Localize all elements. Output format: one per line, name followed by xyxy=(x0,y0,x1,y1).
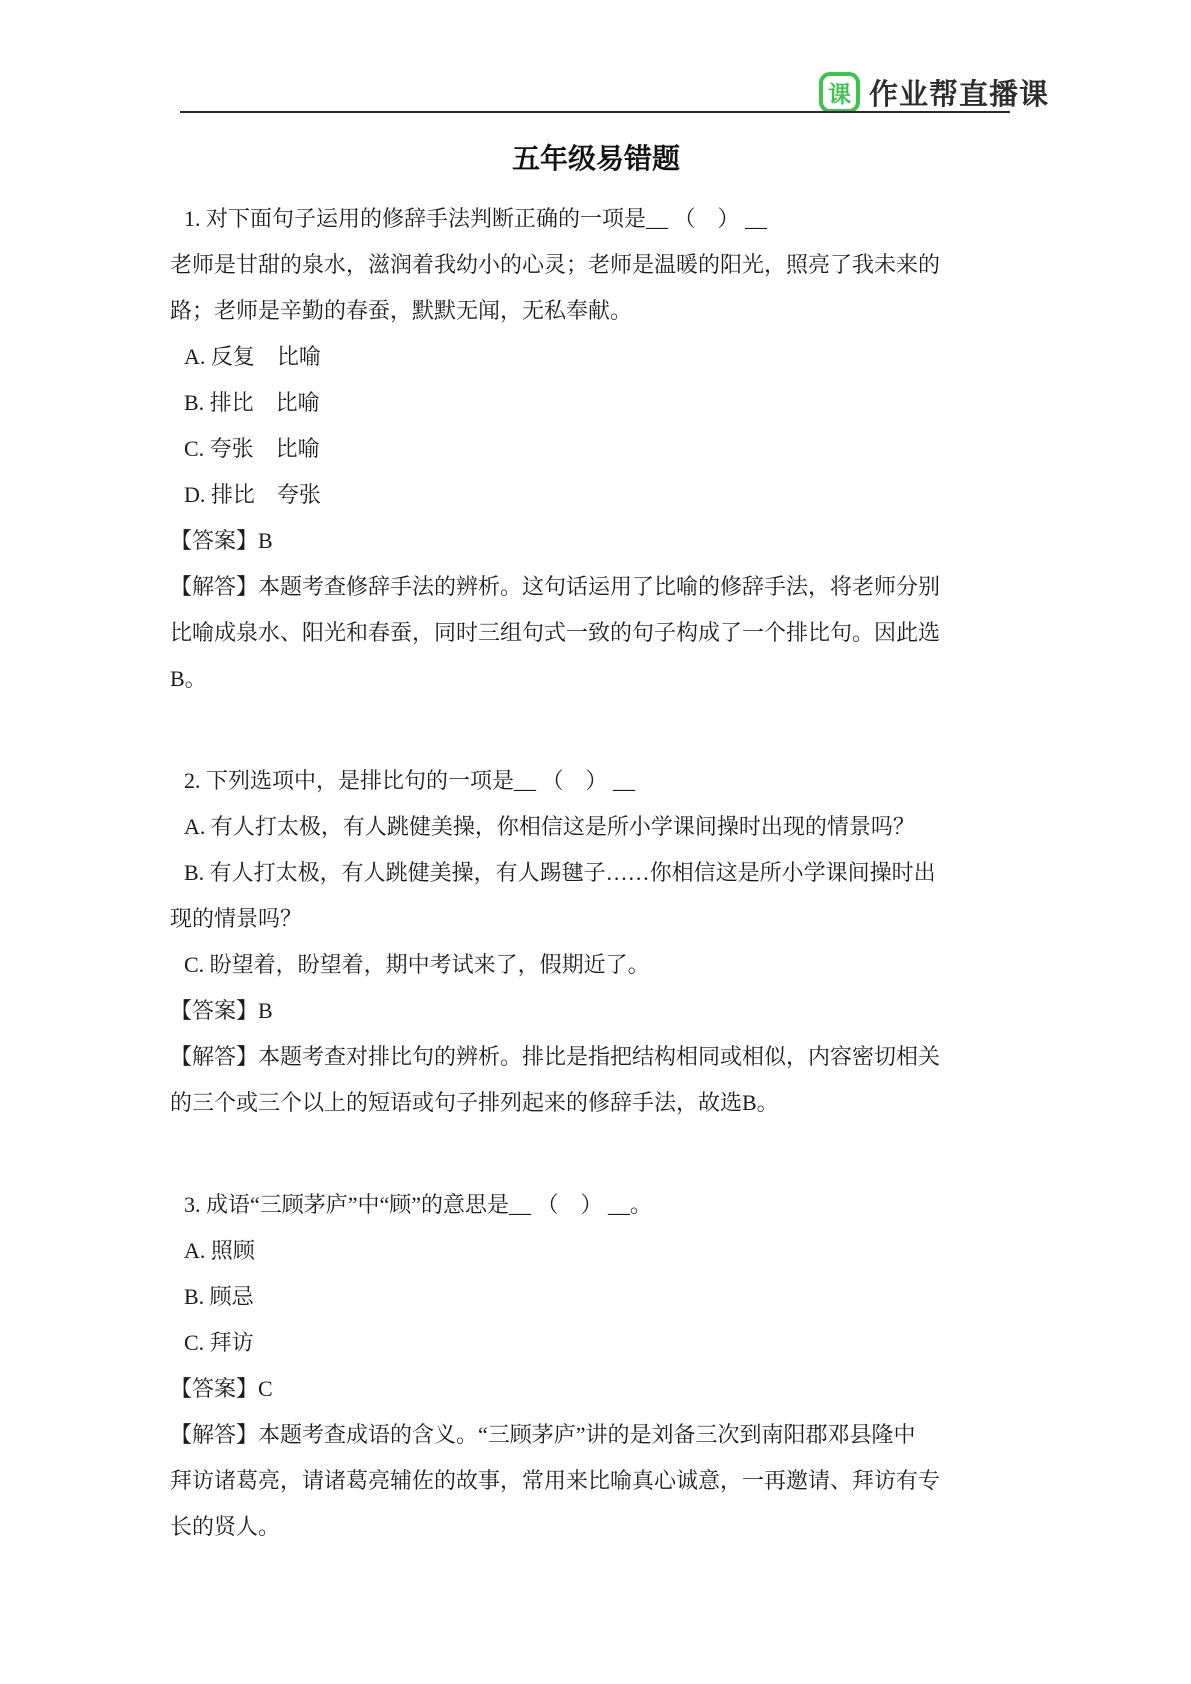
option-line: 现的情景吗？ xyxy=(170,896,1022,942)
explanation-line: B。 xyxy=(170,656,1022,702)
brand-name: 作业帮直播课 xyxy=(869,72,1049,113)
option-line: C. 夸张 比喻 xyxy=(170,426,1022,472)
option-line: C. 盼望着，盼望着，期中考试来了，假期近了。 xyxy=(170,942,1022,988)
explanation-line: 拜访诸葛亮，请诸葛亮辅佐的故事，常用来比喻真心诚意，一再邀请、拜访有专 xyxy=(170,1458,1022,1504)
option-line: C. 拜访 xyxy=(170,1320,1022,1366)
option-line: B. 排比 比喻 xyxy=(170,380,1022,426)
question-stem-line: 1. 对下面句子运用的修辞手法判断正确的一项是__ （ ） __ xyxy=(170,196,1022,242)
answer-line: 【答案】B xyxy=(170,988,1022,1034)
page-title: 五年级易错题 xyxy=(170,140,1022,180)
option-line: A. 照顾 xyxy=(170,1228,1022,1274)
answer-label: 【答案】 xyxy=(170,998,258,1023)
page: 课 作业帮直播课 五年级易错题 1. 对下面句子运用的修辞手法判断正确的一项是_… xyxy=(0,0,1191,1684)
option-line: D. 排比 夸张 xyxy=(170,472,1022,518)
option-line: A. 反复 比喻 xyxy=(170,334,1022,380)
question: 1. 对下面句子运用的修辞手法判断正确的一项是__ （ ） __老师是甘甜的泉水… xyxy=(170,196,1022,702)
option-line: A. 有人打太极，有人跳健美操，你相信这是所小学课间操时出现的情景吗？ xyxy=(170,804,1022,850)
explanation-line: 【解答】本题考查对排比句的辨析。排比是指把结构相同或相似，内容密切相关 xyxy=(170,1034,1022,1080)
course-icon: 课 xyxy=(819,72,860,113)
explanation-line: 的三个或三个以上的短语或句子排列起来的修辞手法，故选B。 xyxy=(170,1080,1022,1126)
answer-line: 【答案】C xyxy=(170,1366,1022,1412)
question: 3. 成语“三顾茅庐”中“顾”的意思是__ （ ） __。A. 照顾B. 顾忌C… xyxy=(170,1182,1022,1550)
answer-line: 【答案】B xyxy=(170,518,1022,564)
answer-value: B xyxy=(258,528,273,553)
question-stem-line: 3. 成语“三顾茅庐”中“顾”的意思是__ （ ） __。 xyxy=(170,1182,1022,1228)
explanation-line: 【解答】本题考查修辞手法的辨析。这句话运用了比喻的修辞手法，将老师分别 xyxy=(170,564,1022,610)
answer-label: 【答案】 xyxy=(170,528,258,553)
answer-value: C xyxy=(258,1376,273,1401)
question-stem-line: 2. 下列选项中，是排比句的一项是__ （ ） __ xyxy=(170,758,1022,804)
question-stem-line: 路；老师是辛勤的春蚕，默默无闻，无私奉献。 xyxy=(170,288,1022,334)
option-line: B. 有人打太极，有人跳健美操，有人踢毽子……你相信这是所小学课间操时出 xyxy=(170,850,1022,896)
header-rule xyxy=(180,111,1010,113)
answer-value: B xyxy=(258,998,273,1023)
explanation-line: 比喻成泉水、阳光和春蚕，同时三组句式一致的句子构成了一个排比句。因此选 xyxy=(170,610,1022,656)
question: 2. 下列选项中，是排比句的一项是__ （ ） __A. 有人打太极，有人跳健美… xyxy=(170,758,1022,1126)
questions: 1. 对下面句子运用的修辞手法判断正确的一项是__ （ ） __老师是甘甜的泉水… xyxy=(170,196,1022,1550)
explanation-line: 长的贤人。 xyxy=(170,1504,1022,1550)
question-stem-line: 老师是甘甜的泉水，滋润着我幼小的心灵；老师是温暖的阳光，照亮了我未来的 xyxy=(170,242,1022,288)
content: 五年级易错题 1. 对下面句子运用的修辞手法判断正确的一项是__ （ ） __老… xyxy=(170,140,1022,1606)
answer-label: 【答案】 xyxy=(170,1376,258,1401)
explanation-line: 【解答】本题考查成语的含义。“三顾茅庐”讲的是刘备三次到南阳郡邓县隆中 xyxy=(170,1412,1022,1458)
brand-logo: 课 作业帮直播课 xyxy=(819,70,1049,114)
option-line: B. 顾忌 xyxy=(170,1274,1022,1320)
